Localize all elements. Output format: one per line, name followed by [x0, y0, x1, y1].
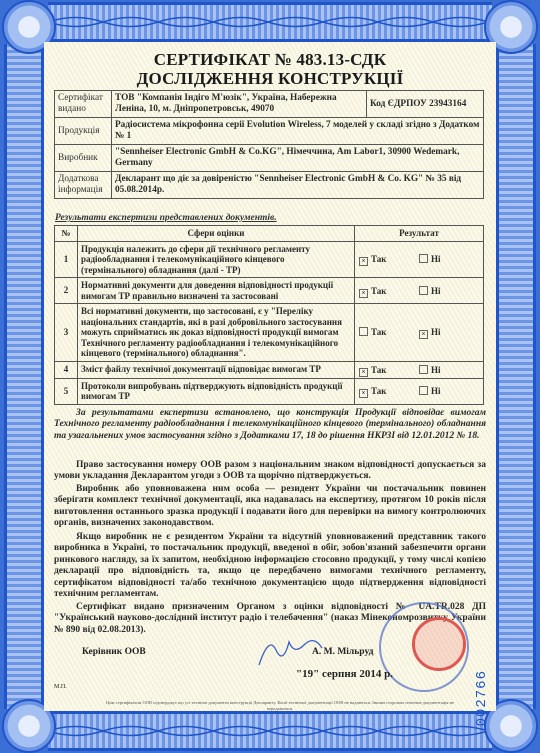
- row-result: ×ТакНі: [355, 361, 484, 378]
- no-label: Ні: [431, 254, 441, 264]
- info-table: Сертифікат видано ТОВ "Компанія Індіго М…: [54, 90, 484, 199]
- results-body: 1Продукція належить до сфери дії технічн…: [55, 241, 484, 404]
- edrpou-code: Код ЄДРПОУ 23943164: [367, 91, 484, 118]
- guilloche-right: [496, 44, 536, 709]
- yes-label: Так: [371, 286, 386, 296]
- results-row: 4Зміст файлу технічної документації відп…: [55, 361, 484, 378]
- yes-option: ×Так: [359, 254, 419, 265]
- no-option: Ні: [419, 285, 479, 297]
- no-label: Ні: [431, 327, 441, 337]
- product-row: Продукція Радіосистема мікрофонна серії …: [55, 118, 484, 145]
- yes-option: ×Так: [359, 386, 419, 397]
- results-row: 2Нормативні документи для доведення відп…: [55, 278, 484, 304]
- issue-date: "19" серпня 2014 р.: [296, 668, 393, 680]
- empty-box-icon: [419, 254, 428, 263]
- manufacturer-row: Виробник "Sennheiser Electronic GmbH & C…: [55, 145, 484, 172]
- header-scope: Сфери оцінки: [78, 226, 355, 242]
- serial-number: 002766: [474, 670, 490, 726]
- row-number: 2: [55, 278, 78, 304]
- row-number: 4: [55, 361, 78, 378]
- conclusion-paragraph: За результатами експертизи встановлено, …: [54, 408, 486, 442]
- empty-box-icon: [419, 286, 428, 295]
- row-result: ×ТакНі: [355, 378, 484, 404]
- manufacturer-value: "Sennheiser Electronic GmbH & Co.KG", Ні…: [112, 145, 484, 172]
- seal-place-label: М.П.: [54, 684, 67, 690]
- additional-row: Додаткова інформація Декларант що діє за…: [55, 172, 484, 199]
- signatory-role: Керівник ООВ: [82, 647, 146, 657]
- product-label: Продукція: [55, 118, 112, 145]
- row-scope: Продукція належить до сфери дії технічно…: [78, 241, 355, 278]
- row-scope: Всі нормативні документи, що застосовані…: [78, 304, 355, 362]
- issued-value: ТОВ "Компанія Індіго М'юзік", Україна, Н…: [112, 91, 367, 118]
- row-scope: Протоколи випробувань підтверджують відп…: [78, 378, 355, 404]
- results-table: № Сфери оцінки Результат 1Продукція нале…: [54, 225, 484, 405]
- results-row: 3Всі нормативні документи, що застосован…: [55, 304, 484, 362]
- documentation-retention-paragraph: Виробник або уповноважена ним особа — ре…: [54, 484, 486, 530]
- title-line-2: ДОСЛІДЖЕННЯ КОНСТРУКЦІЇ: [44, 69, 496, 88]
- no-label: Ні: [431, 286, 441, 296]
- empty-box-icon: [419, 365, 428, 374]
- header-num: №: [55, 226, 78, 242]
- row-scope: Зміст файлу технічної документації відпо…: [78, 361, 355, 378]
- row-number: 3: [55, 304, 78, 362]
- additional-value: Декларант що діє за довіреністю "Sennhei…: [112, 172, 484, 199]
- yes-option: ×Так: [359, 365, 419, 376]
- issued-row: Сертифікат видано ТОВ "Компанія Індіго М…: [55, 91, 484, 118]
- results-row: 1Продукція належить до сфери дії технічн…: [55, 241, 484, 278]
- checked-box-icon: ×: [359, 368, 368, 377]
- results-header-row: № Сфери оцінки Результат: [55, 226, 484, 242]
- no-label: Ні: [431, 386, 441, 396]
- row-result: ×ТакНі: [355, 278, 484, 304]
- row-number: 1: [55, 241, 78, 278]
- usage-right-paragraph: Право застосування номеру ООВ разом з на…: [54, 460, 486, 483]
- checked-box-icon: ×: [359, 289, 368, 298]
- row-scope: Нормативні документи для доведення відпо…: [78, 278, 355, 304]
- certificate-title: СЕРТИФІКАТ № 483.13-СДК ДОСЛІДЖЕННЯ КОНС…: [44, 50, 496, 88]
- guilloche-bottom: [48, 711, 492, 751]
- guilloche-top: [48, 2, 492, 42]
- empty-box-icon: [419, 386, 428, 395]
- signatory-name: А. М. Мільруд: [312, 647, 373, 657]
- yes-label: Так: [371, 327, 386, 337]
- manufacturer-label: Виробник: [55, 145, 112, 172]
- checked-box-icon: ×: [359, 389, 368, 398]
- checked-box-icon: ×: [359, 257, 368, 266]
- yes-label: Так: [371, 254, 386, 264]
- additional-label: Додаткова інформація: [55, 172, 112, 199]
- official-stamp-red: [412, 617, 466, 671]
- yes-label: Так: [371, 386, 386, 396]
- results-caption: Результати експертизи представлених доку…: [55, 213, 277, 223]
- yes-option: ×Так: [359, 286, 419, 297]
- row-result: ×ТакНі: [355, 241, 484, 278]
- row-number: 5: [55, 378, 78, 404]
- no-option: Ні: [419, 385, 479, 397]
- row-result: Так×Ні: [355, 304, 484, 362]
- certificate-paper: СЕРТИФІКАТ № 483.13-СДК ДОСЛІДЖЕННЯ КОНС…: [44, 42, 496, 711]
- guilloche-left: [4, 44, 44, 709]
- yes-label: Так: [371, 365, 386, 375]
- title-line-1: СЕРТИФІКАТ № 483.13-СДК: [44, 50, 496, 69]
- non-resident-paragraph: Якщо виробник не є резидентом України та…: [54, 532, 486, 600]
- issued-label: Сертифікат видано: [55, 91, 112, 118]
- yes-option: Так: [359, 326, 419, 338]
- footnote: Цим сертифікатом ООВ підтверджує що усі …: [104, 700, 456, 712]
- empty-box-icon: [359, 327, 368, 336]
- product-value: Радіосистема мікрофонна серії Evolution …: [112, 118, 484, 145]
- checked-box-icon: ×: [419, 330, 428, 339]
- no-option: ×Ні: [419, 327, 479, 338]
- no-label: Ні: [431, 365, 441, 375]
- no-option: Ні: [419, 364, 479, 376]
- header-result: Результат: [355, 226, 484, 242]
- results-row: 5Протоколи випробувань підтверджують від…: [55, 378, 484, 404]
- no-option: Ні: [419, 253, 479, 265]
